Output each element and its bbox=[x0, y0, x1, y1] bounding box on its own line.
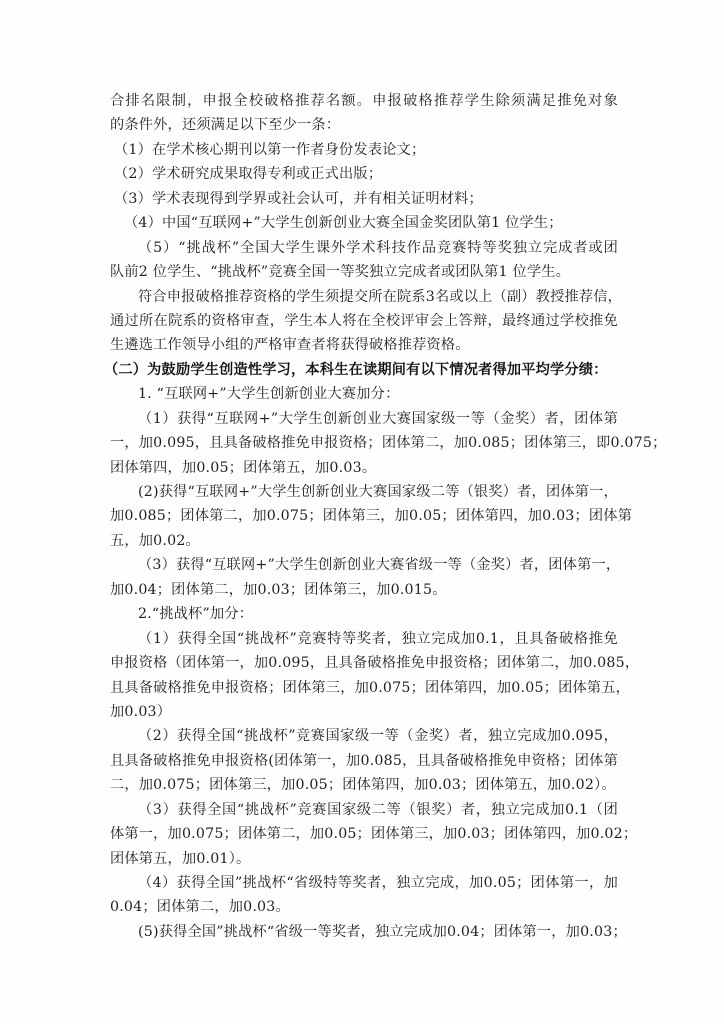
rule-item: （3）获得全国“挑战杯”竞赛国家级二等（银奖）者，独立完成加0.1（团 bbox=[110, 798, 618, 822]
list-item-3: （3）学术表现得到学界或社会认可，并有相关证明材料； bbox=[110, 187, 618, 211]
paragraph-line: 合排名限制，申报全校破格推荐名额。申报破格推荐学生除须满足推免对象 bbox=[110, 89, 618, 113]
paragraph-line: 生遴选工作领导小组的严格审查者将获得破格推荐资格。 bbox=[110, 333, 618, 357]
subsection-heading-2: 2.“挑战杯”加分： bbox=[110, 602, 618, 626]
paragraph-line: 的条件外，还须满足以下至少一条： bbox=[110, 113, 618, 137]
rule-item-cont: 申报资格（团体第一，加0.095，且具备破格推免申报资格；团体第二，加0.085… bbox=[110, 651, 618, 675]
rule-item: （1）获得“互联网+”大学生创新创业大赛国家级一等（金奖）者，团体第 bbox=[110, 407, 618, 431]
subsection-heading-1: 1. “互联网+”大学生创新创业大赛加分： bbox=[110, 382, 618, 406]
rule-item: (2)获得“互联网+”大学生创新创业大赛国家级二等（银奖）者，团体第一， bbox=[110, 480, 618, 504]
rule-item: (5)获得全国”挑战杯“省级一等奖者，独立完成加0.04；团体第一，加0.03； bbox=[110, 920, 618, 944]
rule-item-cont: 一，加0.095，且具备破格推免申报资格；团体第二，加0.085；团体第三，即0… bbox=[110, 431, 618, 455]
rule-item: （4）获得全国”挑战杯“省级特等奖者，独立完成，加0.05；团体第一，加 bbox=[110, 871, 618, 895]
list-item-5: （5）“挑战杯”全国大学生课外学术科技作品竞赛特等奖独立完成者或团 bbox=[110, 236, 618, 260]
paragraph-line: 通过所在院系的资格审查，学生本人将在全校评审会上答辩，最终通过学校推免 bbox=[110, 309, 618, 333]
list-item-5-cont: 队前2 位学生、“挑战杯”竞赛全国一等奖独立完成者或团队第1 位学生。 bbox=[110, 260, 618, 284]
rule-item: （1）获得全国“挑战杯”竞赛特等奖者，独立完成加0.1，且具备破格推免 bbox=[110, 627, 618, 651]
document-page: 合排名限制，申报全校破格推荐名额。申报破格推荐学生除须满足推免对象 的条件外，还… bbox=[0, 0, 724, 1024]
rule-item-cont: 团体第四，加0.05；团体第五，加0.03。 bbox=[110, 456, 618, 480]
list-item-2: （2）学术研究成果取得专利或正式出版； bbox=[110, 162, 618, 186]
rule-item-cont: 0.04；团体第二，加0.03。 bbox=[110, 895, 618, 919]
rule-item: （3）获得“互联网+”大学生创新创业大赛省级一等（金奖）者，团体第一， bbox=[110, 553, 618, 577]
rule-item-cont: 团体第五，加0.01）。 bbox=[110, 847, 618, 871]
paragraph-line: 符合申报破格推荐资格的学生须提交所在院系3名或以上（副）教授推荐信， bbox=[110, 285, 618, 309]
section-heading: （二）为鼓励学生创造性学习，本科生在读期间有以下情况者得加平均学分绩： bbox=[104, 358, 618, 382]
rule-item-cont: 加0.085；团体第二，加0.075；团体第三，加0.05；团体第四，加0.03… bbox=[110, 504, 618, 528]
rule-item-cont: 且具备破格推免申报资格(团体第一，加0.085，且具备破格推免申资格；团体第 bbox=[110, 749, 618, 773]
rule-item-cont: 且具备破格推免申报资格；团体第三，加0.075；团体第四，加0.05；团体第五， bbox=[110, 676, 618, 700]
rule-item-cont: 二，加0.075；团体第三，加0.05；团体第四，加0.03；团体第五，加0.0… bbox=[110, 773, 618, 797]
rule-item-cont: 加0.03） bbox=[110, 700, 618, 724]
rule-item-cont: 五，加0.02。 bbox=[110, 529, 618, 553]
rule-item-cont: 加0.04；团体第二，加0.03；团体第三，加0.015。 bbox=[110, 578, 618, 602]
rule-item-cont: 体第一，加0.075；团体第二，加0.05；团体第三，加0.03；团体第四，加0… bbox=[110, 822, 618, 846]
list-item-4: （4）中国“互联网+”大学生创新创业大赛全国金奖团队第1 位学生； bbox=[110, 211, 618, 235]
document-body: 合排名限制，申报全校破格推荐名额。申报破格推荐学生除须满足推免对象 的条件外，还… bbox=[110, 89, 618, 944]
list-item-1: （1）在学术核心期刊以第一作者身份发表论文； bbox=[110, 138, 618, 162]
rule-item: （2）获得全国“挑战杯”竞赛国家级一等（金奖）者，独立完成加0.095， bbox=[110, 724, 618, 748]
